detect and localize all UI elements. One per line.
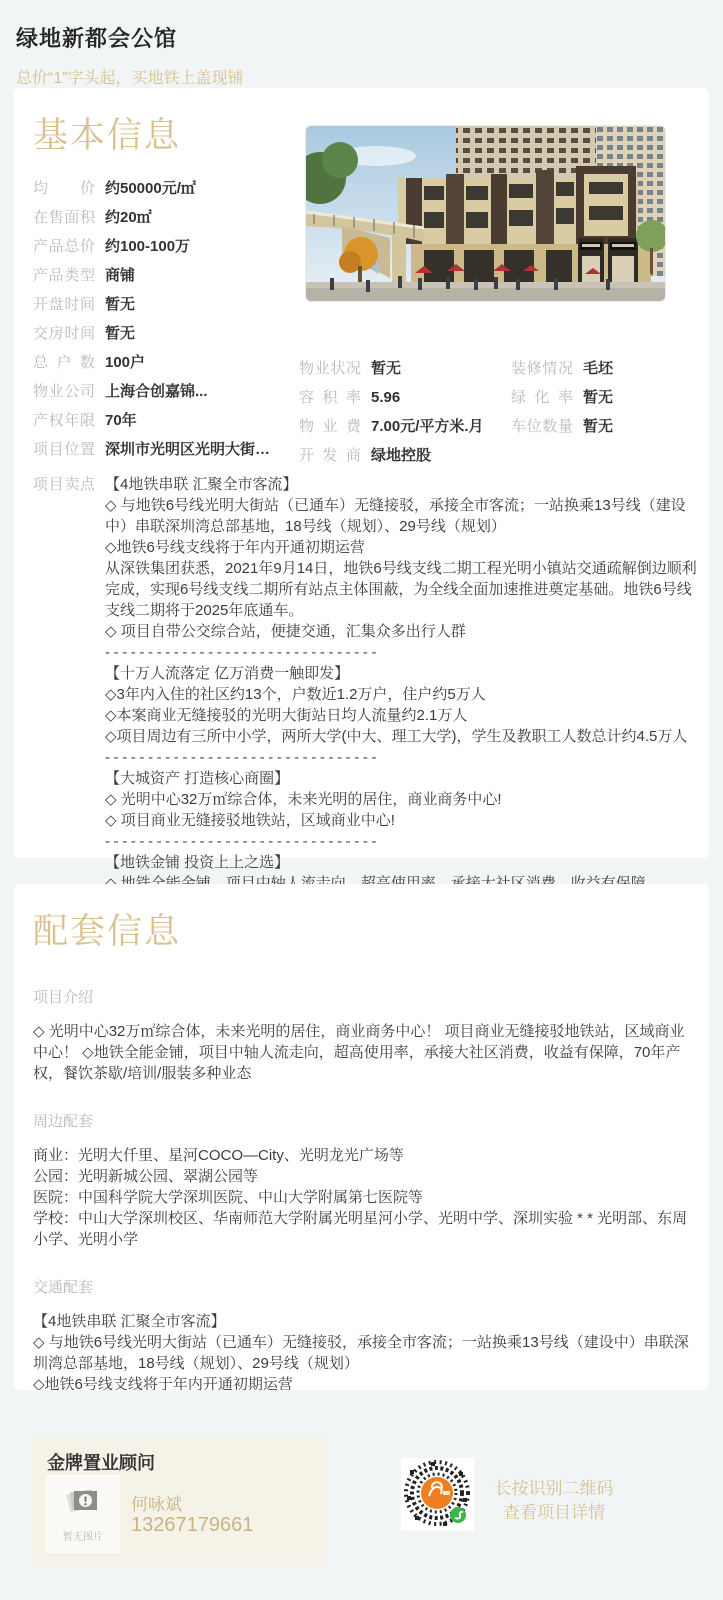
field-label-selling-points: 项目卖点 — [33, 474, 95, 915]
selling-point-line: ◇项目周边有三所中小学，两所大学(中大、理工大学)，学生及教职工人数总计约4.5… — [105, 726, 705, 747]
field-label: 开发商 — [299, 447, 361, 464]
selling-point-line: 【4地铁串联 汇聚全市客流】 — [105, 474, 705, 495]
selling-points-section: 项目卖点 【4地铁串联 汇聚全市客流】 ◇ 与地铁6号线光明大街站（已通车）无缝… — [33, 474, 705, 915]
traffic-facilities-label: 交通配套 — [33, 1276, 690, 1297]
field-greening-rate: 绿化率暂无 — [511, 389, 613, 406]
field-value: 深圳市光明区光明大街… — [105, 441, 270, 458]
field-property-fee: 物业费7.00元/平方米.月 — [299, 418, 511, 435]
field-location: 项目位置深圳市光明区光明大街… — [33, 441, 303, 458]
consultant-phone[interactable]: 13267179661 — [131, 1514, 253, 1537]
field-value: 7.00元/平方米.月 — [371, 418, 484, 435]
field-total-price: 产品总价约100-100万 — [33, 238, 303, 255]
page-header: 绿地新都会公馆 总价“1”字头起，买地铁上盖现铺 — [16, 22, 244, 88]
nearby-facilities-text: 商业：光明大仟里、星河COCO—City、光明龙光广场等 公园：光明新城公园、翠… — [33, 1145, 690, 1250]
field-households: 总户数100户 — [33, 354, 303, 371]
building-render-image — [306, 126, 666, 302]
field-value: 暂无 — [105, 296, 135, 313]
field-property-status: 物业状况暂无 — [299, 360, 511, 377]
separator-dashes: -------------------------------- — [105, 831, 705, 852]
field-label: 在售面积 — [33, 209, 95, 226]
selling-point-line: 【大城资产 打造核心商圈】 — [105, 768, 705, 789]
selling-point-line: ◇ 项目自带公交综合站，便捷交通，汇集众多出行人群 — [105, 621, 705, 642]
field-label: 项目位置 — [33, 441, 95, 458]
field-value: 暂无 — [371, 360, 401, 377]
field-label: 车位数量 — [511, 418, 573, 435]
field-label: 交房时间 — [33, 325, 95, 342]
field-tenure: 产权年限70年 — [33, 412, 303, 429]
field-developer: 开发商绿地控股 — [299, 447, 511, 464]
project-intro-text: ◇ 光明中心32万㎡综合体，未来光明的居住，商业商务中心！ 项目商业无缝接驳地铁… — [33, 1021, 690, 1084]
no-image-icon — [64, 1485, 102, 1524]
field-property-company: 物业公司上海合创嘉锦... — [33, 383, 303, 400]
field-value: 暂无 — [583, 418, 613, 435]
field-value: 上海合创嘉锦... — [105, 383, 208, 400]
field-product-type: 产品类型商铺 — [33, 267, 303, 284]
page-subtitle: 总价“1”字头起，买地铁上盖现铺 — [16, 65, 244, 88]
qr-hint-text: 长按识别二维码 查看项目详情 — [479, 1477, 629, 1525]
qr-code[interactable] — [401, 1458, 474, 1531]
field-plot-ratio: 容积率5.96 — [299, 389, 511, 406]
selling-point-line: 从深铁集团获悉，2021年9月14日，地铁6号线支线二期工程光明小镇站交通疏解倒… — [105, 558, 705, 621]
field-label: 开盘时间 — [33, 296, 95, 313]
field-row: 容积率5.96 绿化率暂无 — [299, 389, 699, 406]
field-label: 产品总价 — [33, 238, 95, 255]
field-avg-price: 均价约50000元/㎡ — [33, 180, 303, 197]
field-value: 5.96 — [371, 389, 400, 406]
traffic-facilities-text: 【4地铁串联 汇聚全市客流】 ◇ 与地铁6号线光明大街站（已通车）无缝接驳，承接… — [33, 1311, 690, 1390]
selling-point-line: ◇ 项目商业无缝接驳地铁站，区域商业中心! — [105, 810, 705, 831]
field-row: 开发商绿地控股 — [299, 447, 699, 464]
field-value: 100户 — [105, 354, 145, 371]
page-title: 绿地新都会公馆 — [16, 22, 244, 53]
selling-point-line: ◇本案商业无缝接驳的光明大街站日均人流量约2.1万人 — [105, 705, 705, 726]
field-value: 约50000元/㎡ — [105, 180, 196, 197]
project-intro-label: 项目介绍 — [33, 986, 690, 1007]
selling-point-line: 【地铁金铺 投资上上之选】 — [105, 852, 705, 873]
selling-point-line: ◇ 与地铁6号线光明大街站（已通车）无缝接驳，承接全市客流；一站换乘13号线（建… — [105, 495, 705, 537]
matching-info-card: 配套信息 项目介绍 ◇ 光明中心32万㎡综合体，未来光明的居住，商业商务中心！ … — [14, 884, 709, 1390]
project-photo[interactable] — [305, 125, 666, 302]
consultant-section-title: 金牌置业顾问 — [47, 1449, 309, 1475]
field-area: 在售面积约20㎡ — [33, 209, 303, 226]
field-row: 物业状况暂无 装修情况毛坯 — [299, 360, 699, 377]
field-parking: 车位数量暂无 — [511, 418, 613, 435]
field-label: 总户数 — [33, 354, 95, 371]
field-opening-date: 开盘时间暂无 — [33, 296, 303, 313]
basic-fields-left: 均价约50000元/㎡ 在售面积约20㎡ 产品总价约100-100万 产品类型商… — [33, 180, 303, 470]
field-value: 暂无 — [105, 325, 135, 342]
selling-point-line: ◇地铁6号线支线将于年内开通初期运营 — [105, 537, 705, 558]
matching-info-title: 配套信息 — [33, 904, 690, 954]
mini-program-qr-icon — [401, 1458, 474, 1531]
field-label: 物业状况 — [299, 360, 361, 377]
consultant-avatar-placeholder: 暂无图片 — [46, 1475, 120, 1553]
field-label: 容积率 — [299, 389, 361, 406]
qr-hint-line2: 查看项目详情 — [479, 1501, 629, 1525]
field-label: 产权年限 — [33, 412, 95, 429]
field-delivery-date: 交房时间暂无 — [33, 325, 303, 342]
selling-point-line: ◇3年内入住的社区约13个，户数近1.2万户，住户约5万人 — [105, 684, 705, 705]
basic-fields-right: 物业状况暂无 装修情况毛坯 容积率5.96 绿化率暂无 物业费7.00元/平方米… — [299, 360, 699, 476]
separator-dashes: -------------------------------- — [105, 642, 705, 663]
basic-info-card: 基本信息 — [14, 88, 709, 858]
field-decoration: 装修情况毛坯 — [511, 360, 613, 377]
field-value: 绿地控股 — [371, 447, 431, 464]
field-value: 70年 — [105, 412, 137, 429]
field-value: 约20㎡ — [105, 209, 152, 226]
field-label: 均价 — [33, 180, 95, 197]
consultant-name: 何咏斌 — [131, 1490, 182, 1515]
field-value: 暂无 — [583, 389, 613, 406]
field-label: 物业公司 — [33, 383, 95, 400]
consultant-card[interactable]: 金牌置业顾问 暂无图片 何咏斌 13267179661 — [32, 1437, 324, 1566]
basic-info-title: 基本信息 — [33, 108, 181, 158]
no-image-label: 暂无图片 — [63, 1528, 103, 1543]
nearby-facilities-label: 周边配套 — [33, 1110, 690, 1131]
selling-point-line: 【十万人流落定 亿万消费一触即发】 — [105, 663, 705, 684]
selling-point-line: ◇ 光明中心32万㎡综合体，未来光明的居住，商业商务中心! — [105, 789, 705, 810]
selling-points-text: 【4地铁串联 汇聚全市客流】 ◇ 与地铁6号线光明大街站（已通车）无缝接驳，承接… — [105, 474, 705, 915]
field-row: 物业费7.00元/平方米.月 车位数量暂无 — [299, 418, 699, 435]
field-value: 约100-100万 — [105, 238, 190, 255]
field-label: 物业费 — [299, 418, 361, 435]
field-label: 绿化率 — [511, 389, 573, 406]
qr-hint-line1: 长按识别二维码 — [479, 1477, 629, 1501]
field-label: 产品类型 — [33, 267, 95, 284]
separator-dashes: -------------------------------- — [105, 747, 705, 768]
field-label: 装修情况 — [511, 360, 573, 377]
field-value: 商铺 — [105, 267, 135, 284]
field-value: 毛坯 — [583, 360, 613, 377]
